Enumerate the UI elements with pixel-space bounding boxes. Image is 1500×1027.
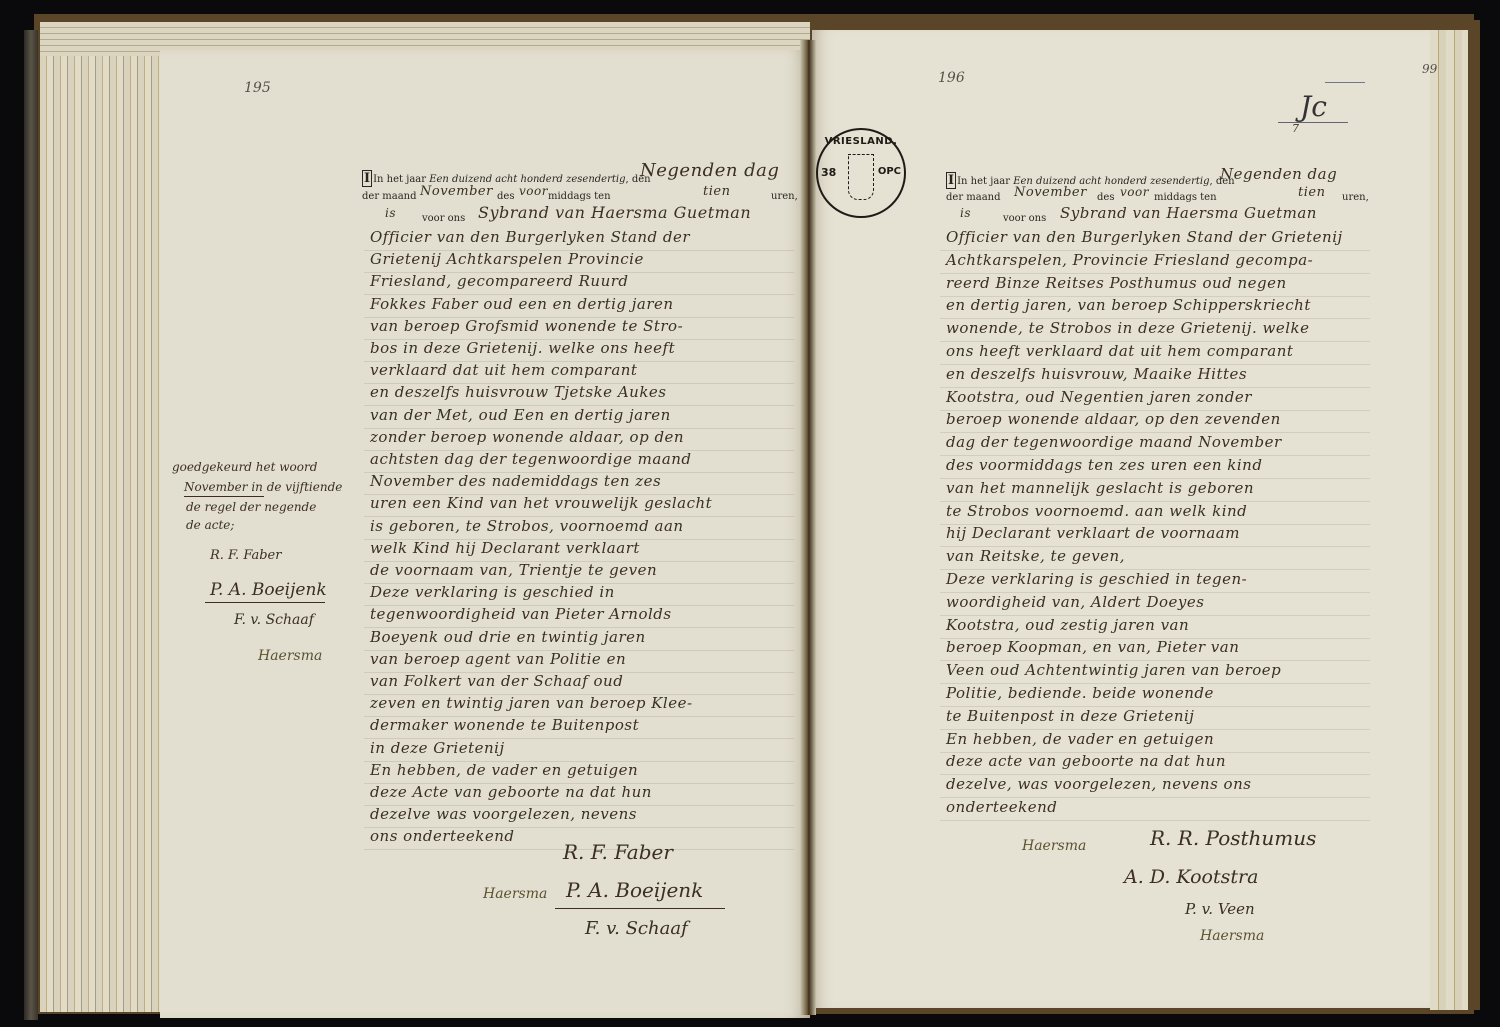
record-line: beroep Koopman, en van, Pieter van <box>946 638 1239 656</box>
record-line: reerd Binze Reitses Posthumus oud negen <box>946 274 1287 292</box>
crown-shield-icon <box>848 154 874 200</box>
right-page-number: 196 <box>938 70 965 86</box>
left-printed-des: des <box>497 191 514 202</box>
right-printed-uren: uren, <box>1342 192 1369 203</box>
margin-underline <box>205 602 325 603</box>
record-line: Deze verklaring is geschied in tegen- <box>946 570 1247 588</box>
record-line: Friesland, gecompareerd Ruurd <box>370 272 629 290</box>
record-line: tegenwoordigheid van Pieter Arnolds <box>370 605 672 623</box>
right-page-stack <box>1430 30 1470 1010</box>
record-line: En hebben, de vader en getuigen <box>370 761 638 779</box>
left-printed-header-line1: IIn het jaar Een duizend acht honderd ze… <box>362 171 651 186</box>
record-line: ons onderteekend <box>370 827 515 845</box>
left-printed-uren: uren, <box>771 191 798 202</box>
left-month: November <box>420 184 493 199</box>
record-line: van het mannelijk geslacht is geboren <box>946 479 1254 497</box>
book-gutter <box>800 40 816 1015</box>
printed-text: der maand <box>362 191 417 202</box>
signature-officer: Haersma <box>483 886 547 902</box>
record-line: deze acte van geboorte na dat hun <box>946 752 1226 770</box>
record-line: uren een Kind van het vrouwelijk geslach… <box>370 494 712 512</box>
left-day: Negenden dag <box>640 160 779 181</box>
record-line: Fokkes Faber oud een en dertig jaren <box>370 295 674 313</box>
record-line: deze Acte van geboorte na dat hun <box>370 783 652 801</box>
record-line: Grietenij Achtkarspelen Provincie <box>370 250 644 268</box>
record-line: zonder beroep wonende aldaar, op den <box>370 428 684 446</box>
record-line: wonende, te Strobos in deze Grietenij. w… <box>946 319 1309 337</box>
record-line: dag der tegenwoordige maand November <box>946 433 1282 451</box>
record-line: en deszelfs huisvrouw, Maaike Hittes <box>946 365 1247 383</box>
right-month: November <box>1014 185 1087 200</box>
right-printed-des: des <box>1097 192 1114 203</box>
record-line: dezelve was voorgelezen, nevens <box>370 805 637 823</box>
record-line: Kootstra, oud zestig jaren van <box>946 616 1189 634</box>
record-line: en deszelfs huisvrouw Tjetske Aukes <box>370 383 667 401</box>
right-cover-edge <box>1468 20 1480 1010</box>
right-printed-voor-ons: voor ons <box>1003 213 1046 224</box>
left-printed-voor-ons: voor ons <box>422 213 465 224</box>
record-line: onderteekend <box>946 798 1057 816</box>
signature-witness-2: F. v. Schaaf <box>585 918 688 939</box>
record-line: des voormiddags ten zes uren een kind <box>946 456 1262 474</box>
printed-text: In het jaar <box>957 176 1010 187</box>
printed-text: In het jaar <box>373 174 426 185</box>
margin-note-line: de regel der negende <box>186 500 316 514</box>
record-line: te Buitenpost in deze Grietenij <box>946 707 1194 725</box>
margin-note-line: November in de vijftiende <box>184 480 342 494</box>
signature-witness-1: P. A. Boeijenk <box>566 878 703 902</box>
record-line: Achtkarspelen, Provincie Friesland gecom… <box>946 251 1313 269</box>
right-officer: Sybrand van Haersma Guetman <box>1060 204 1317 222</box>
record-line: zeven en twintig jaren van beroep Klee- <box>370 694 693 712</box>
margin-signature: P. A. Boeijenk <box>210 580 327 600</box>
signature-father: R. R. Posthumus <box>1150 826 1316 850</box>
signature-witness-1: A. D. Kootstra <box>1124 866 1258 888</box>
stamp-text-left: 38 <box>821 166 836 179</box>
margin-underline <box>184 496 264 497</box>
record-line: bos in deze Grietenij. welke ons heeft <box>370 339 675 357</box>
vriesland-tax-stamp: VRIESLAND. 38 OPC <box>816 128 906 218</box>
book-spine-edge <box>24 30 38 1020</box>
signature-officer: Haersma <box>1022 838 1086 854</box>
record-line: te Strobos voornoemd. aan welk kind <box>946 502 1247 520</box>
signature-flourish <box>555 908 725 909</box>
signature-father: R. F. Faber <box>563 840 673 864</box>
record-line: Officier van den Burgerlyken Stand der <box>370 228 690 246</box>
folio-underline <box>1325 82 1365 83</box>
decorated-initial: I <box>946 172 956 189</box>
stamp-text-top: VRIESLAND. <box>818 136 904 147</box>
record-line: ons heeft verklaard dat uit hem comparan… <box>946 342 1293 360</box>
record-line: Politie, bediende. beide wonende <box>946 684 1214 702</box>
record-line: Veen oud Achtentwintig jaren van beroep <box>946 661 1281 679</box>
record-line: dermaker wonende te Buitenpost <box>370 716 639 734</box>
record-line: de voornaam van, Trientje te geven <box>370 561 657 579</box>
record-line: van beroep Grofsmid wonende te Stro- <box>370 317 683 335</box>
record-line: welk Kind hij Declarant verklaart <box>370 539 640 557</box>
decorated-initial: I <box>362 170 372 187</box>
left-printed-header-line2: der maand <box>362 191 417 202</box>
corner-underline <box>1278 122 1348 123</box>
margin-signature: Haersma <box>258 648 322 664</box>
right-prefix: is <box>960 206 971 220</box>
record-line: van beroep agent van Politie en <box>370 650 626 668</box>
record-line: hij Declarant verklaart de voornaam <box>946 524 1240 542</box>
folio-number: 99 <box>1422 62 1437 76</box>
margin-signature: F. v. Schaaf <box>234 612 314 628</box>
right-hour: tien <box>1298 185 1325 200</box>
stamp-text-right: OPC <box>878 166 901 177</box>
record-line: Boeyenk oud drie en twintig jaren <box>370 628 646 646</box>
corner-subnumber: 7 <box>1292 122 1299 135</box>
record-line: beroep wonende aldaar, op den zevenden <box>946 410 1281 428</box>
right-printed-header-line2: der maand <box>946 192 1001 203</box>
signature-witness-2: P. v. Veen <box>1185 900 1255 918</box>
corner-mark: Jc <box>1300 90 1327 123</box>
margin-note-line: goedgekeurd het woord <box>172 460 317 474</box>
record-line: achtsten dag der tegenwoordige maand <box>370 450 692 468</box>
right-part-of-day: voor <box>1120 185 1149 199</box>
margin-note-line: de acte; <box>186 518 234 532</box>
signature-officer-2: Haersma <box>1200 928 1264 944</box>
record-line: en dertig jaren, van beroep Schipperskri… <box>946 296 1311 314</box>
right-printed-middags: middags ten <box>1154 192 1217 203</box>
right-printed-header-line1: IIn het jaar Een duizend acht honderd ze… <box>946 173 1235 188</box>
record-line: En hebben, de vader en getuigen <box>946 730 1214 748</box>
record-line: van Folkert van der Schaaf oud <box>370 672 623 690</box>
record-line: is geboren, te Strobos, voornoemd aan <box>370 517 684 535</box>
record-line: Kootstra, oud Negentien jaren zonder <box>946 388 1252 406</box>
left-prefix: is <box>385 206 396 220</box>
record-line: woordigheid van, Aldert Doeyes <box>946 593 1204 611</box>
record-line: in deze Grietenij <box>370 739 505 757</box>
left-officer: Sybrand van Haersma Guetman <box>478 203 751 222</box>
margin-signature: R. F. Faber <box>210 548 281 563</box>
ruled-line <box>940 820 1370 821</box>
record-line: Deze verklaring is geschied in <box>370 583 615 601</box>
left-page-number: 195 <box>244 80 271 96</box>
record-line: Officier van den Burgerlyken Stand der G… <box>946 228 1343 246</box>
record-line: van der Met, oud Een en dertig jaren <box>370 406 671 424</box>
left-part-of-day: voor <box>519 184 548 198</box>
record-line: van Reitske, te geven, <box>946 547 1125 565</box>
right-day: Negenden dag <box>1220 165 1337 183</box>
record-line: verklaard dat uit hem comparant <box>370 361 637 379</box>
left-printed-middags: middags ten <box>548 191 611 202</box>
record-line: November des nademiddags ten zes <box>370 472 661 490</box>
left-hour: tien <box>703 184 730 199</box>
record-line: dezelve, was voorgelezen, nevens ons <box>946 775 1251 793</box>
left-page-stack <box>40 22 180 1012</box>
